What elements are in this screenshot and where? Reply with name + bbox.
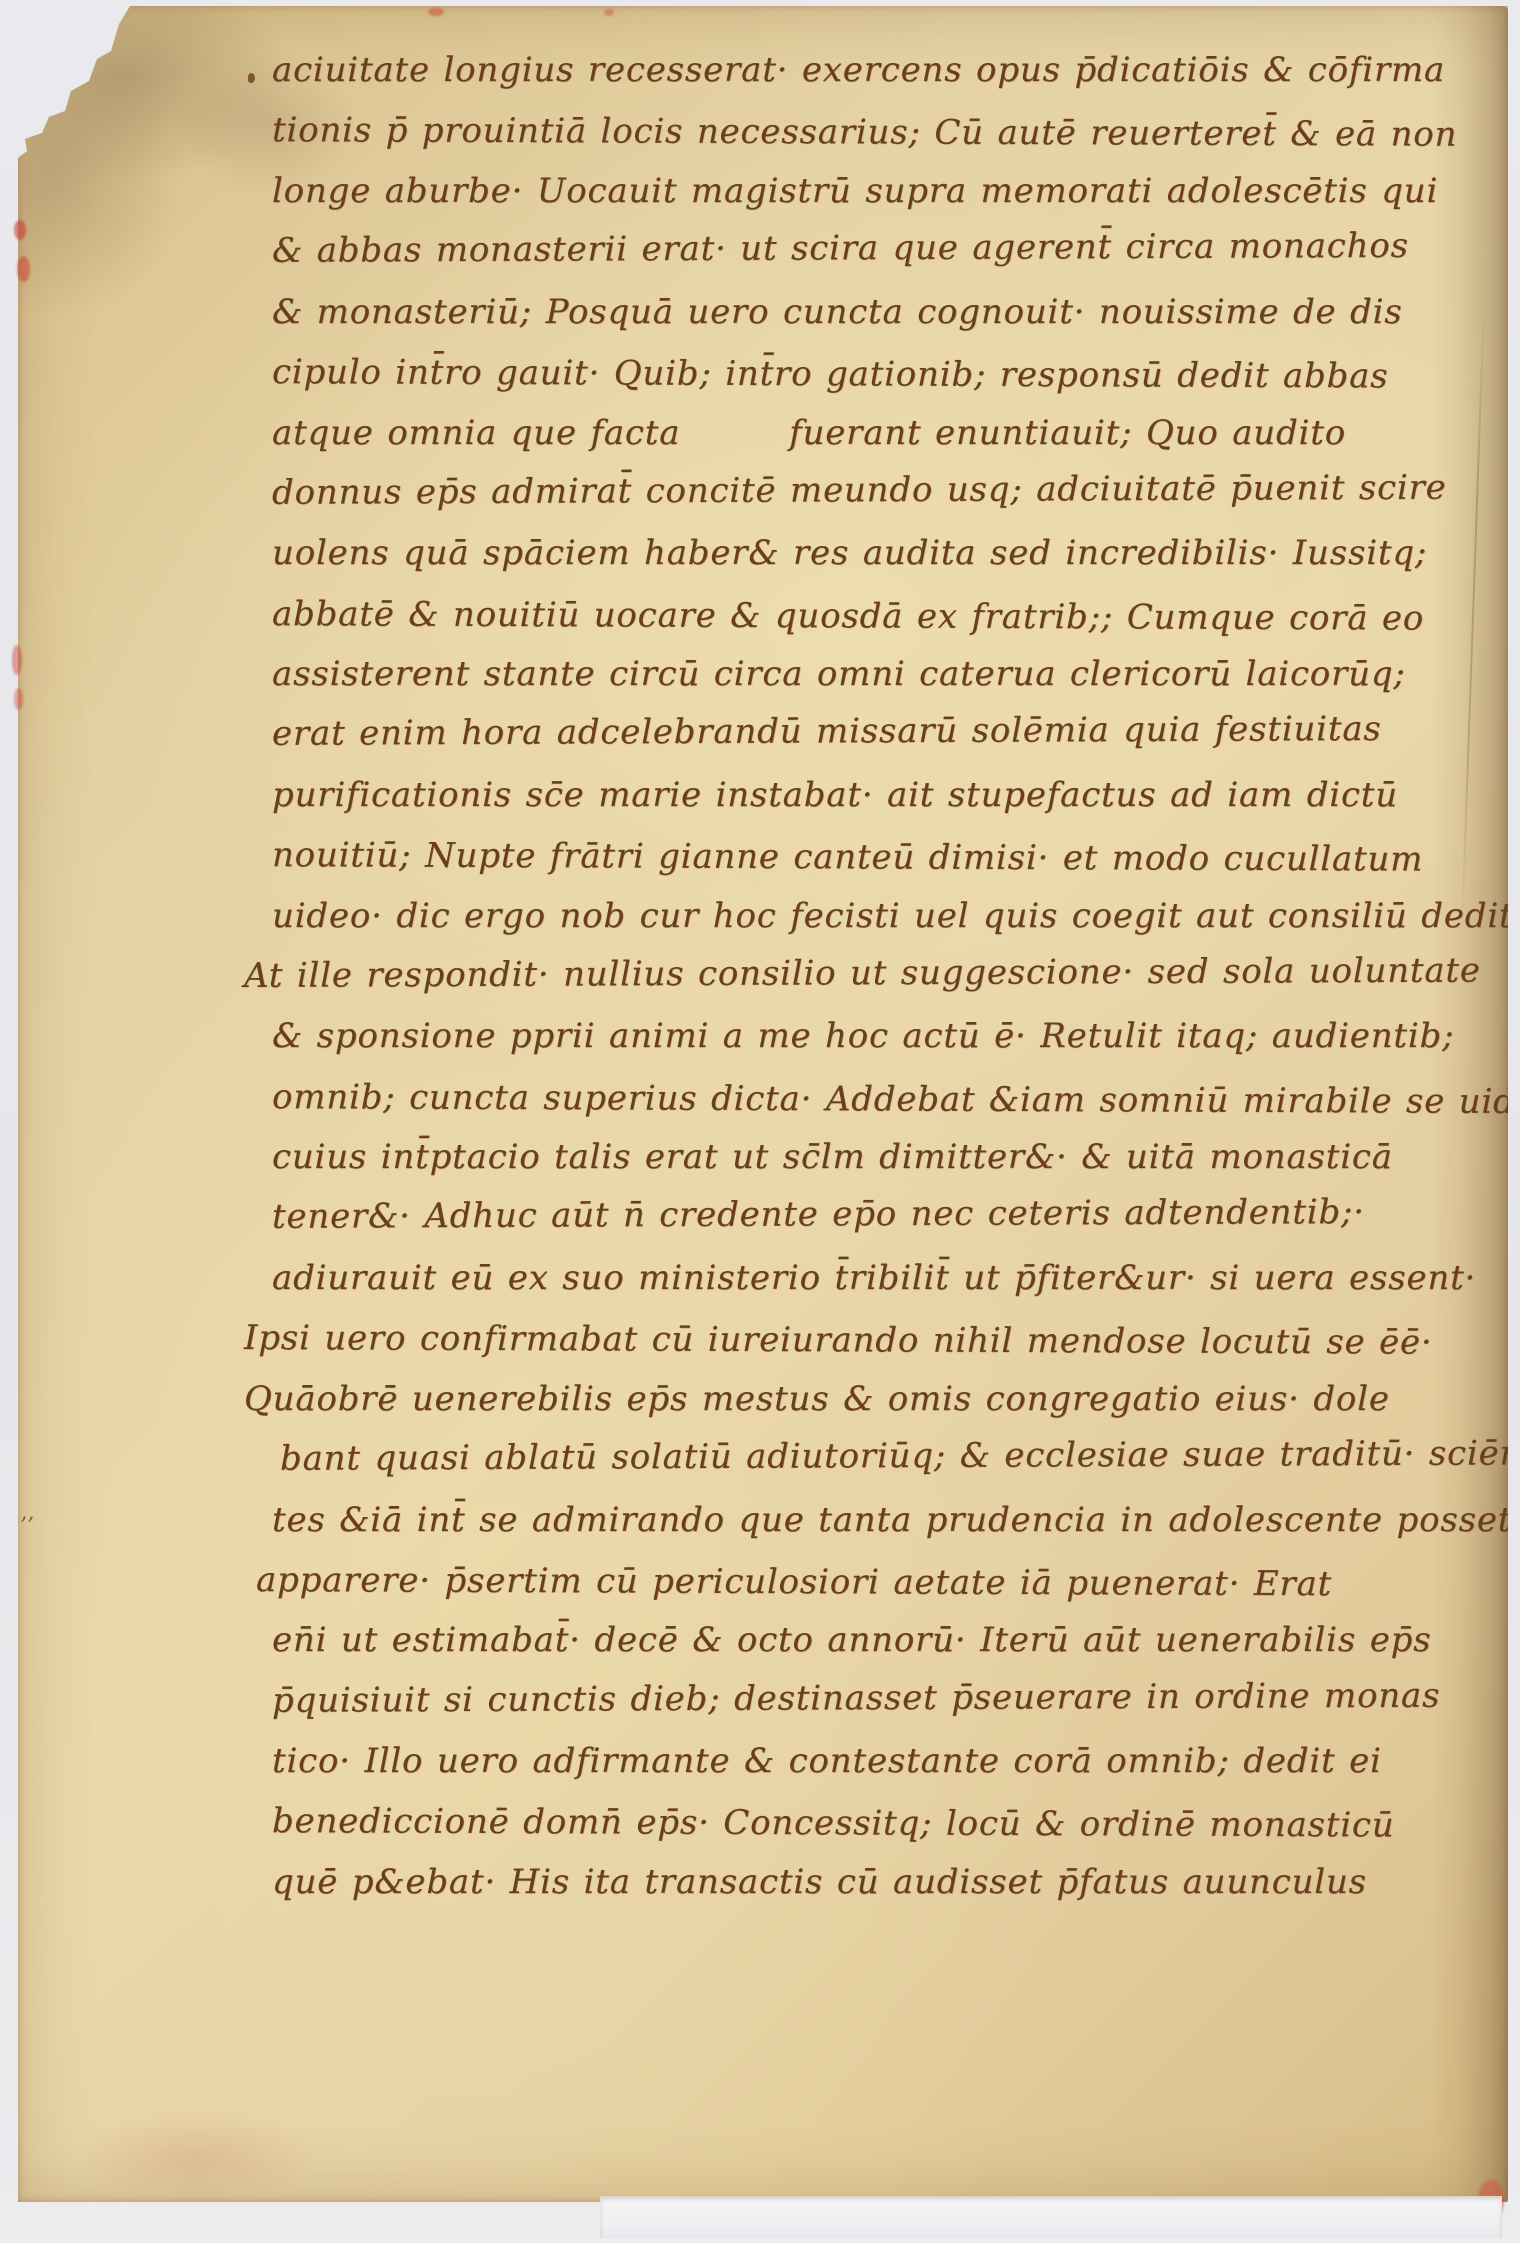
manuscript-line-26: apparere· p̄sertim cū periculosiori aeta… [236,1550,1510,1615]
text-block: aciuitate longius recesserat· exercens o… [236,40,1510,1912]
manuscript-line-10: abbatē & nouitiū uocare & quosdā ex frat… [236,584,1510,649]
red-edge-speck [12,645,22,675]
manuscript-line-23: Quāobrē uenerebilis ep̄s mestus & omis c… [236,1369,1510,1429]
red-edge-speck [604,9,614,16]
red-edge-speck [14,220,26,240]
manuscript-line-13: purificationis sc̄e marie instabat· ait … [236,765,1510,825]
manuscript-line-31: quē p&ebat· His ita transactis cū audiss… [236,1852,1510,1912]
manuscript-line-30: benediccionē domn̄ ep̄s· Concessitq; loc… [236,1791,1510,1856]
manuscript-line-11: assisterent stante circū circa omni cate… [236,644,1510,704]
manuscript-line-3: longe aburbe· Uocauit magistrū supra mem… [236,161,1510,221]
bottom-left-stain [48,2086,378,2206]
manuscript-line-20: tener&· Adhuc aūt n̄ credente ep̄o nec c… [236,1182,1510,1248]
manuscript-line-4: & abbas monasterii erat· ut scira que ag… [236,216,1510,282]
manuscript-line-5: & monasteriū; Posquā uero cuncta cognoui… [236,282,1510,342]
manuscript-line-25: tes &iā int̄ se admirando que tanta prud… [236,1489,1510,1549]
manuscript-line-22: Ipsi uero confirmabat cū iureiurando nih… [236,1308,1510,1373]
manuscript-line-16: At ille respondit· nullius consilio ut s… [236,940,1510,1006]
manuscript-line-2: tionis p̄ prouintiā locis necessarius; C… [236,100,1510,165]
manuscript-line-12: erat enim hora adcelebrandū missarū solē… [236,699,1510,765]
manuscript-line-29: tico· Illo uero adfirmante & contestante… [236,1731,1510,1791]
manuscript-line-17: & sponsione pprii animi a me hoc actū ē·… [236,1006,1510,1066]
manuscript-line-9: uolens quā spāciem haber& res audita sed… [236,523,1510,583]
manuscript-line-21: adiurauit eū ex suo ministerio t̄ribilit… [236,1248,1510,1308]
manuscript-line-7: atque omnia que facta fuerant enuntiauit… [236,402,1510,462]
manuscript-line-14: nouitiū; Nupte frātri gianne canteū dimi… [236,825,1510,890]
manuscript-line-15: uideo· dic ergo nob cur hoc fecisti uel … [236,885,1510,945]
parchment-page: ’’ aciuitate longius recesserat· exercen… [18,6,1508,2202]
manuscript-line-8: donnus ep̄s admirat̄ concitē meundo usq;… [236,457,1510,523]
red-edge-speck [14,688,23,710]
manuscript-line-19: cuius int̄ptacio talis erat ut sc̄lm dim… [236,1127,1510,1187]
red-edge-speck [428,8,444,16]
red-edge-speck [17,256,30,282]
margin-correction-mark: ’’ [20,1514,34,1539]
manuscript-line-28: p̄quisiuit si cunctis dieb; destinasset … [236,1665,1510,1731]
manuscript-line-6: cipulo int̄ro gauit· Quib; int̄ro gation… [236,342,1510,407]
manuscript-photo: ’’ aciuitate longius recesserat· exercen… [0,0,1520,2243]
manuscript-line-24: bant quasi ablatū solatiū adiutoriūq; & … [236,1423,1510,1489]
manuscript-line-27: en̄i ut estimabat̄· decē & octo annorū· … [236,1610,1510,1670]
underlying-page-edge [600,2196,1502,2238]
manuscript-line-1: aciuitate longius recesserat· exercens o… [236,40,1510,100]
manuscript-line-18: omnib; cuncta superius dicta· Addebat &i… [236,1067,1510,1132]
